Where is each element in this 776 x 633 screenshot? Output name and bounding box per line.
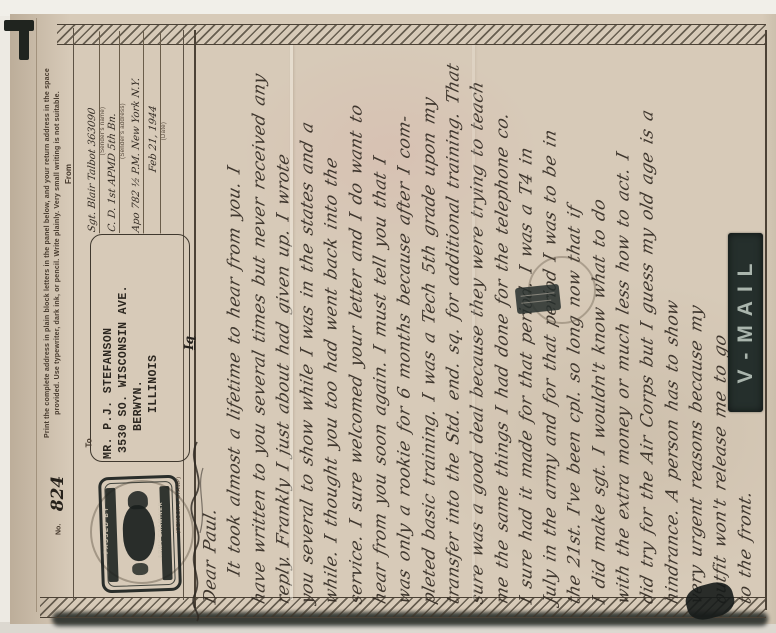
censor-stamp-emblem-top <box>128 491 149 510</box>
letter-line: sure was a good deal because they were t… <box>466 42 490 606</box>
form-instructions-line2: provided. Use typewriter, dark ink, or p… <box>53 31 63 475</box>
to-address-line: ILLINOIS <box>146 243 161 459</box>
from-sender-name-sublabel: (Sender's name) <box>100 30 107 232</box>
from-sender-unit: C. D. 1st APMD 5th Bn. <box>107 29 120 233</box>
vmail-watermark: V - M A I L <box>728 233 763 412</box>
letter-line: It took almost a lifetime to hear from y… <box>223 42 247 606</box>
to-address-line: BERWYN. <box>131 243 146 459</box>
letter-line: pleted basic training. I was a Tech 5th … <box>417 42 441 606</box>
from-sender-unit-sublabel: (Sender's address) <box>120 30 127 232</box>
postmark-box <box>515 284 561 314</box>
letter-line: you several to show while I was in the s… <box>296 42 320 606</box>
letter-line: the 21st. I've been cpl. so long now tha… <box>563 42 587 606</box>
from-label: From <box>64 148 80 184</box>
to-address: MR. P.J. STEFANSON 3530 SO. WISCONSIN AV… <box>95 243 189 459</box>
letter-line: was only a rookie for 6 months because a… <box>393 42 417 606</box>
paper-crease <box>290 45 293 600</box>
letter-body: Dear Paul. It took almost a lifetime to … <box>191 46 776 604</box>
letter-line: hear from you soon again. I must tell yo… <box>369 42 393 606</box>
letter-line: did try for the Air Corps but I guess my… <box>636 42 660 606</box>
to-address-line: 3530 SO. WISCONSIN AVE. <box>116 243 131 459</box>
paper-crease <box>472 45 475 600</box>
letter-line: have written to you several times but ne… <box>247 42 271 606</box>
letter-line: July in the army and for that period I w… <box>539 42 563 606</box>
postmark-box-line <box>521 292 555 297</box>
from-apo-address: Apo 782 ½ P.M. New York N.Y. <box>127 29 144 234</box>
from-sender-name: Sgt. Blair Talbot 363090 <box>84 29 100 234</box>
letter-line: with the extra money or much less how to… <box>612 42 636 606</box>
letter-line: while. I thought you too had went back i… <box>320 42 344 606</box>
censor-number: 824 <box>48 476 68 512</box>
letter-line: transfer into the Std. end. sq. for addi… <box>441 42 465 606</box>
to-address-line: MR. P.J. STEFANSON <box>101 243 116 459</box>
form-instructions-line1: Print the complete address in plain bloc… <box>43 31 53 475</box>
form-instructions: Print the complete address in plain bloc… <box>37 31 77 475</box>
letter-line: hindrance. A person has to show <box>660 42 684 606</box>
censor-stamp-emblem-bottom <box>132 563 148 576</box>
censor-stamp-text-left: PASSED BY <box>104 484 114 576</box>
letter-line: very urgent reasons because my <box>684 42 708 606</box>
no-label: No. <box>55 524 62 535</box>
scanned-vmail-letter: Print the complete address in plain bloc… <box>0 0 776 633</box>
from-block: Sgt. Blair Talbot 363090 (Sender's name)… <box>84 30 192 232</box>
from-date: Feb 21, 1944 <box>144 29 161 234</box>
letter-line: service. I sure welcomed your letter and… <box>344 42 368 606</box>
letter-line: I sure had it made for that period. I wa… <box>514 42 538 606</box>
postmark-box-line <box>521 300 551 304</box>
letter-line: me the same things I had done for the te… <box>490 42 514 606</box>
censor-stamp-text-right: ARMY EXAMINER <box>158 484 168 576</box>
censor-number-block: No. 824 <box>48 435 76 535</box>
from-date-sublabel: (Date) <box>161 30 168 232</box>
vmail-watermark-text: V - M A I L <box>734 262 757 384</box>
letter-salutation: Dear Paul. <box>199 42 223 606</box>
corner-ink-mark-stem <box>19 28 29 60</box>
letter-line: I did make sgt. I wouldn't know what to … <box>587 42 611 606</box>
